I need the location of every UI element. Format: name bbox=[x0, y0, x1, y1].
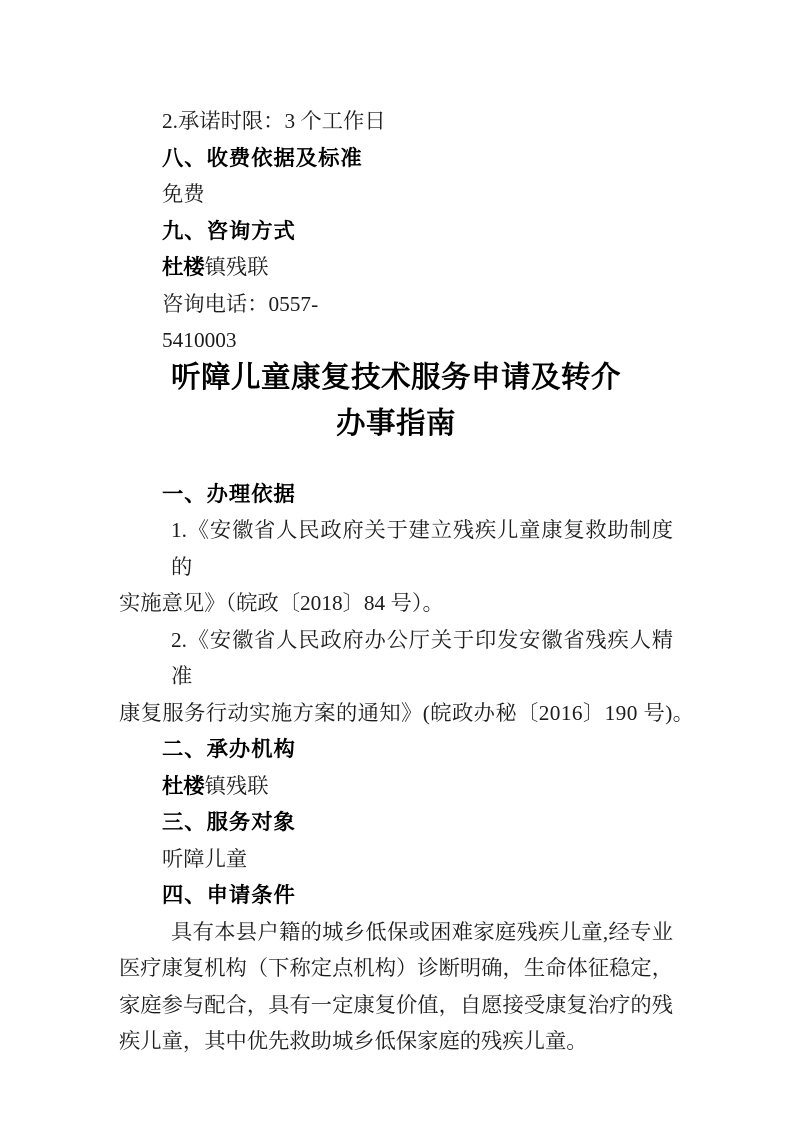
section-heading-target: 三、服务对象 bbox=[119, 804, 673, 841]
consult-org-name-rest: 镇残联 bbox=[205, 255, 269, 279]
section-heading-agency: 二、承办机构 bbox=[119, 731, 673, 768]
document-title-line2: 办事指南 bbox=[119, 401, 673, 447]
agency-org-name-bold: 杜楼 bbox=[162, 774, 205, 798]
basis-item1-line1: 1.《安徽省人民政府关于建立残疾儿童康复救助制度的 bbox=[119, 512, 673, 585]
section-heading-conditions: 四、申请条件 bbox=[119, 877, 673, 914]
document-title: 听障儿童康复技术服务申请及转介办事指南 bbox=[119, 355, 673, 447]
consult-org-name-bold: 杜楼 bbox=[162, 255, 205, 279]
conditions-para-line1: 具有本县户籍的城乡低保或困难家庭残疾儿童,经专业 bbox=[119, 914, 673, 951]
conditions-para-line2: 医疗康复机构（下称定点机构）诊断明确，生命体征稳定， bbox=[119, 950, 673, 987]
agency-org-name-rest: 镇残联 bbox=[205, 774, 269, 798]
conditions-para-line4: 疾儿童，其中优先救助城乡低保家庭的残疾儿童。 bbox=[119, 1023, 673, 1060]
section-heading-fees: 八、收费依据及标准 bbox=[119, 140, 673, 177]
document-page: 2.承诺时限：3 个工作日 八、收费依据及标准 免费 九、咨询方式 杜楼镇残联 … bbox=[0, 0, 793, 1122]
basis-item1-line2: 实施意见》（皖政〔2018〕84 号）。 bbox=[119, 585, 673, 622]
consult-phone-line: 咨询电话：0557- bbox=[119, 286, 673, 323]
promise-time-line: 2.承诺时限：3 个工作日 bbox=[119, 103, 673, 140]
section-heading-consult: 九、咨询方式 bbox=[119, 213, 673, 250]
consult-org-line: 杜楼镇残联 bbox=[119, 249, 673, 286]
target-value: 听障儿童 bbox=[119, 841, 673, 878]
document-content: 2.承诺时限：3 个工作日 八、收费依据及标准 免费 九、咨询方式 杜楼镇残联 … bbox=[0, 0, 793, 1060]
basis-item2-line1: 2.《安徽省人民政府办公厅关于印发安徽省残疾人精准 bbox=[119, 622, 673, 695]
consult-phone-wrap-line: 5410003 bbox=[119, 322, 673, 359]
basis-item2-line2: 康复服务行动实施方案的通知》(皖政办秘〔2016〕190 号)。 bbox=[119, 695, 673, 732]
fees-value: 免费 bbox=[119, 176, 673, 213]
conditions-para-line3: 家庭参与配合，具有一定康复价值，自愿接受康复治疗的残 bbox=[119, 987, 673, 1024]
agency-org-line: 杜楼镇残联 bbox=[119, 768, 673, 805]
section-heading-basis: 一、办理依据 bbox=[119, 476, 673, 513]
document-title-line1: 听障儿童康复技术服务申请及转介 bbox=[119, 355, 673, 401]
